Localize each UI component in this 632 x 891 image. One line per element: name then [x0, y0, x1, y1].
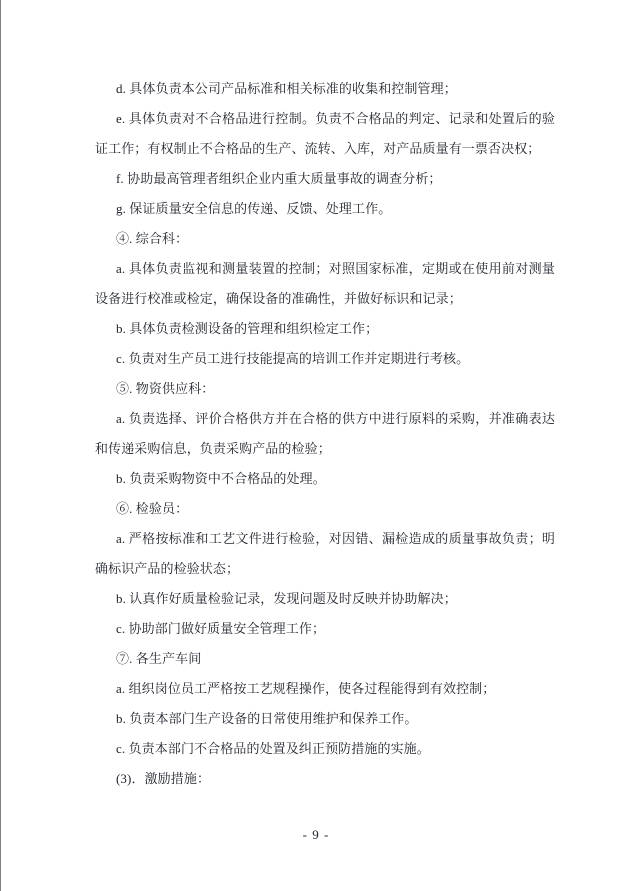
paragraph-item-b: b. 负责本部门生产设备的日常使用维护和保养工作。: [95, 704, 555, 734]
document-body: d. 具体负责本公司产品标准和相关标准的收集和控制管理； e. 具体负责对不合格…: [95, 74, 555, 794]
paragraph-item-d: d. 具体负责本公司产品标准和相关标准的收集和控制管理；: [95, 74, 555, 104]
paragraph-item-f: f. 协助最高管理者组织企业内重大质量事故的调查分析；: [95, 164, 555, 194]
paragraph-section-4-heading: ④. 综合科：: [95, 224, 555, 254]
paragraph-item-g: g. 保证质量安全信息的传递、反馈、处理工作。: [95, 194, 555, 224]
page-number: - 9 -: [0, 820, 632, 850]
paragraph-section-5-heading: ⑤. 物资供应科：: [95, 374, 555, 404]
paragraph-item-c: c. 负责对生产员工进行技能提高的培训工作并定期进行考核。: [95, 344, 555, 374]
paragraph-item-c: c. 负责本部门不合格品的处置及纠正预防措施的实施。: [95, 734, 555, 764]
paragraph-item-a: a. 严格按标准和工艺文件进行检验，对因错、漏检造成的质量事故负责；明确标识产品…: [95, 524, 555, 584]
paragraph-item-a: a. 具体负责监视和测量装置的控制；对照国家标准，定期或在使用前对测量设备进行校…: [95, 254, 555, 314]
paragraph-item-e: e. 具体负责对不合格品进行控制。负责不合格品的判定、记录和处置后的验证工作；有…: [95, 104, 555, 164]
paragraph-item-b: b. 负责采购物资中不合格品的处理。: [95, 464, 555, 494]
paragraph-item-b: b. 认真作好质量检验记录，发现问题及时反映并协助解决；: [95, 584, 555, 614]
paragraph-section-7-heading: ⑦. 各生产车间: [95, 644, 555, 674]
paragraph-item-a: a. 负责选择、评价合格供方并在合格的供方中进行原料的采购，并准确表达和传递采购…: [95, 404, 555, 464]
paragraph-item-a: a. 组织岗位员工严格按工艺规程操作，使各过程能得到有效控制；: [95, 674, 555, 704]
document-page: d. 具体负责本公司产品标准和相关标准的收集和控制管理； e. 具体负责对不合格…: [0, 0, 632, 891]
paragraph-item-b: b. 具体负责检测设备的管理和组织检定工作；: [95, 314, 555, 344]
paragraph-section-3-motivation-heading: (3)．激励措施：: [95, 764, 555, 794]
paragraph-item-c: c. 协助部门做好质量安全管理工作；: [95, 614, 555, 644]
paragraph-section-6-heading: ⑥. 检验员：: [95, 494, 555, 524]
page-edge-line: [0, 0, 1, 891]
